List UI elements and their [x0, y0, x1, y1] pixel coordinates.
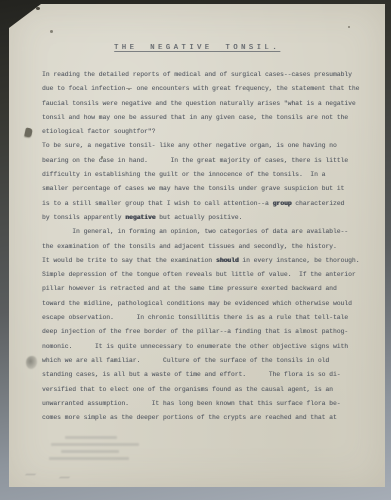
- typed-line: by tonsils apparently negative but actua…: [42, 211, 377, 225]
- typed-line: tonsil and how may one be assured that i…: [42, 111, 377, 125]
- typed-line: bearing on the case in hand. In the grea…: [42, 154, 377, 168]
- paper-speck: [101, 156, 103, 159]
- typed-line: Simple depression of the tongue often re…: [42, 268, 377, 282]
- typed-line: etiological factor soughtfor"?: [42, 125, 377, 139]
- paper-smudge: [26, 356, 37, 369]
- typed-line: the examination of the tonsils and adjac…: [42, 240, 377, 254]
- faint-pencil-mark: [25, 469, 38, 475]
- typed-line: In reading the detailed reports of medic…: [42, 68, 377, 82]
- page-title: THE NEGATIVE TONSIL.: [9, 44, 385, 52]
- typed-line: escape observation. In chronic tonsillit…: [42, 311, 377, 325]
- paper-speck: [50, 30, 53, 33]
- typed-line: standing cases, is all but a waste of ti…: [42, 368, 377, 382]
- typed-line: versified that to elect one of the organ…: [42, 383, 377, 397]
- typed-line: difficulty in establishing the guilt or …: [42, 168, 377, 182]
- typed-line: unwarranted assumption. It has long been…: [42, 397, 377, 411]
- paper-speck: [36, 7, 40, 10]
- typewritten-page: THE NEGATIVE TONSIL. In reading the deta…: [9, 4, 385, 487]
- typed-line: faucial tonsils were negative and the qu…: [42, 97, 377, 111]
- typed-text: but actually positive.: [155, 214, 242, 221]
- overstruck-word: should: [216, 257, 239, 264]
- overstruck-word: group: [273, 200, 292, 207]
- typed-text: is to a still smaller group that I wish …: [42, 200, 273, 207]
- typed-line: due to focal infection-- one encounters …: [42, 82, 377, 96]
- typed-text: characterized: [291, 200, 344, 207]
- typed-line: pillar however is retracted and at the s…: [42, 282, 377, 296]
- typed-line: which we are all familiar. Culture of th…: [42, 354, 377, 368]
- typed-text: It would be trite to say that the examin…: [42, 257, 216, 264]
- typed-line: toward the midline, pathological conditi…: [42, 297, 377, 311]
- typed-line: In general, in forming an opinion, two c…: [42, 225, 377, 239]
- typed-text: in every instance, be thorough.: [239, 257, 360, 264]
- paper-speck: [348, 26, 350, 28]
- typed-line: nomonic. It is quite unnecessary to enum…: [42, 340, 377, 354]
- overstruck-word: negative: [125, 214, 155, 221]
- typed-line: comes more simple as the deeper portions…: [42, 411, 377, 425]
- document-body: In reading the detailed reports of medic…: [42, 68, 377, 425]
- typed-text: by tonsils apparently: [42, 214, 125, 221]
- faint-stamp: [47, 434, 157, 468]
- typed-line: To be sure, a negative tonsil- like any …: [42, 139, 377, 153]
- typed-line: is to a still smaller group that I wish …: [42, 197, 377, 211]
- paper-speck: [128, 88, 130, 90]
- typed-line: deep injection of the free border of the…: [42, 325, 377, 339]
- typed-line: It would be trite to say that the examin…: [42, 254, 377, 268]
- typed-line: smaller percentage of cases we may have …: [42, 182, 377, 196]
- faint-pencil-mark: [59, 472, 72, 478]
- ink-blot: [24, 127, 33, 137]
